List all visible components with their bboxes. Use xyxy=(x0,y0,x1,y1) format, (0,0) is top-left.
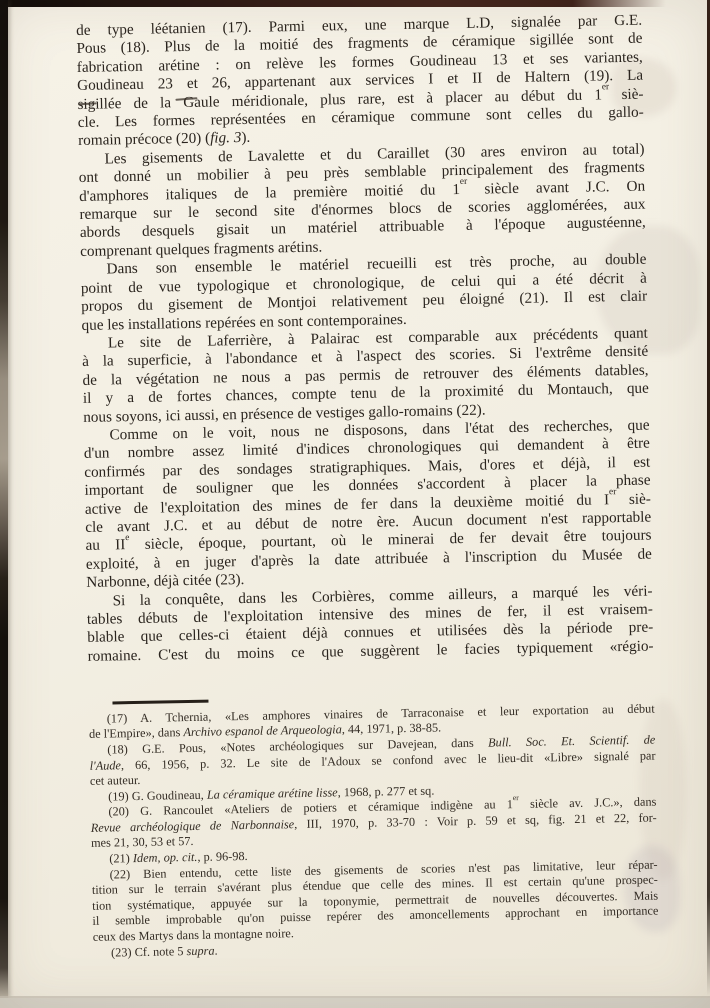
text-segment: siè- xyxy=(609,85,643,103)
text-segment: siècle av. J.C.», dans xyxy=(519,795,657,812)
body-text: de type léétanien (17). Parmi eux, une m… xyxy=(76,12,654,666)
text-segment: siè- xyxy=(616,490,651,508)
italic-text: fig. 3 xyxy=(210,129,242,147)
page-content: de type léétanien (17). Parmi eux, une m… xyxy=(76,12,659,961)
text-segment: (21) xyxy=(109,851,133,865)
text-segment: siècle avant J.C. On xyxy=(467,177,645,197)
paragraph: Le site de Laferrière, à Palairac est co… xyxy=(82,324,650,426)
paragraph: Dans son ensemble le matériel recueilli … xyxy=(80,251,647,335)
text-segment: ). xyxy=(241,129,250,146)
superscript-text: er xyxy=(609,487,616,497)
italic-text: Bull. Soc. Et. Scientif. de xyxy=(488,732,655,749)
superscript-text: e xyxy=(125,533,129,543)
text-segment: au II xyxy=(85,537,125,555)
superscript-text: er xyxy=(460,177,467,187)
paragraph: Si la conquête, dans les Corbières, comm… xyxy=(86,582,653,666)
paragraph: de type léétanien (17). Parmi eux, une m… xyxy=(76,12,644,151)
text-segment: . xyxy=(214,943,217,957)
paragraph: Les gisements de Lavalette et du Caraill… xyxy=(78,140,646,261)
italic-text: l'Aude xyxy=(89,758,121,773)
text-segment: , p. 96-98. xyxy=(197,849,247,864)
paragraph: (22) Bien entendu, cette liste des gisem… xyxy=(91,857,658,945)
text-segment: (23) Cf. note 5 xyxy=(111,944,187,959)
italic-text: Archivo espanol de Arqueologia xyxy=(183,723,342,740)
text-segment: ceux des Martys dans la montagne noire. xyxy=(93,926,294,944)
paragraph: Comme on le voit, nous ne disposons, dan… xyxy=(83,416,652,592)
italic-text: Idem, op. cit. xyxy=(133,850,198,865)
text-segment: Narbonne, déjà citée (23). xyxy=(86,571,244,591)
text-segment: , 1968, p. 277 et sq. xyxy=(338,783,435,799)
scanner-bed-band xyxy=(0,998,710,1008)
text-segment: mes 21, 30, 53 et 57. xyxy=(91,834,194,850)
text-segment: (19) G. Goudineau, xyxy=(108,787,207,803)
footnotes: (17) A. Tchernia, «Les amphores vinaires… xyxy=(89,701,659,961)
italic-text: La céramique arétine lisse xyxy=(207,785,338,801)
scan-edge-left xyxy=(0,0,8,998)
text-segment: , 44, 1971, p. 38-85. xyxy=(342,721,442,737)
scan-edge-top xyxy=(0,0,666,7)
italic-text: supra xyxy=(186,943,214,958)
scanned-page: de type léétanien (17). Parmi eux, une m… xyxy=(0,0,710,1008)
text-segment: romain précoce (20) ( xyxy=(78,130,210,149)
superscript-text: er xyxy=(513,793,519,802)
text-segment: de l'Empire», dans xyxy=(89,725,184,741)
italic-text: Revue archéologique de Narbonnaise xyxy=(91,817,295,835)
footnote-rule xyxy=(112,700,208,704)
superscript-text: er xyxy=(602,82,609,92)
text-segment: cet auteur. xyxy=(90,773,141,788)
